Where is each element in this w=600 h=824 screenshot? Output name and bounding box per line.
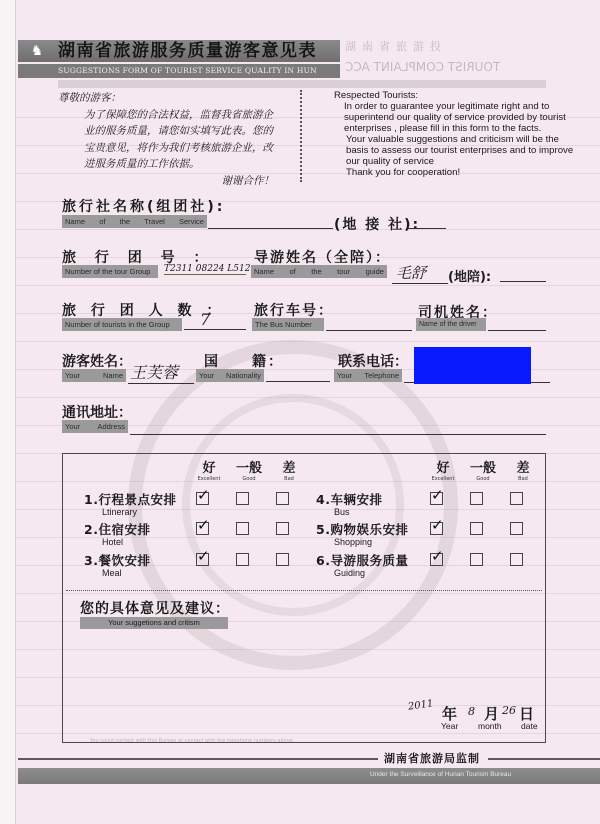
column-header-en: Bad — [269, 476, 309, 482]
tour-group-field[interactable]: T2311 08224 L512 — [164, 264, 246, 275]
intro-en-paragraph-2: Your valuable suggestions and criticism … — [334, 134, 574, 167]
guide-name-en-label: Name of the tour guide — [251, 265, 387, 278]
header-band — [58, 80, 546, 88]
rating-checkbox-good[interactable] — [236, 522, 249, 535]
issuer-english: Under the Surveillance of Hunan Tourism … — [370, 771, 511, 778]
rating-item-label: 1.行程景点安排 — [84, 490, 176, 508]
telephone-label: 联系电话： — [338, 351, 408, 371]
driver-name-field[interactable] — [488, 330, 546, 331]
rating-checkbox-good[interactable] — [470, 522, 483, 535]
rating-item-en-label: Shopping — [334, 537, 372, 547]
suggestions-en-label: Your suggetions and critism — [80, 617, 228, 629]
tourist-count-field[interactable]: 7 — [184, 310, 246, 330]
intro-cn-paragraph: 为了保障您的合法权益，监督我省旅游企业的服务质量，请您如实填写此表。您的宝贵意见… — [58, 107, 278, 173]
date-month-en: month — [478, 721, 502, 731]
rating-item-label: 4.车辆安排 — [316, 490, 382, 508]
suggestions-field[interactable] — [80, 634, 530, 698]
rating-checkbox-excellent[interactable] — [430, 492, 443, 505]
intro-cn-greeting: 尊敬的游客： — [58, 90, 278, 107]
rating-item-en-label: Bus — [334, 507, 350, 517]
rating-item-en-label: Ltinerary — [102, 507, 137, 517]
address-label: 通讯地址： — [62, 402, 132, 422]
intro-en-greeting: Respected Tourists: — [334, 90, 574, 101]
redaction-block — [414, 347, 531, 384]
travel-service-label: 旅行社名称(组团社): — [62, 196, 225, 216]
travel-service-field[interactable] — [208, 228, 333, 229]
intro-divider — [300, 90, 302, 182]
footer-rule-left — [18, 758, 378, 760]
rating-checkbox-good[interactable] — [236, 492, 249, 505]
address-field[interactable] — [130, 434, 546, 435]
local-guide-label: (地陪): — [448, 266, 491, 285]
guide-name-label: 导游姓名（全陪）： — [254, 247, 391, 267]
scan-left-edge — [0, 0, 16, 824]
rating-checkbox-bad[interactable] — [510, 553, 523, 566]
rating-checkbox-good[interactable] — [470, 553, 483, 566]
date-day-en: date — [521, 721, 538, 731]
suggestions-divider — [66, 590, 542, 591]
form-title: 湖南省旅游服务质量游客意见表 — [58, 39, 317, 63]
rating-column-header: 一般Good — [229, 462, 269, 482]
rating-item-label: 6.导游服务质量 — [316, 551, 408, 569]
bleed-through-subtitle: TOURIST COMPLAINT ACC — [345, 60, 500, 74]
intro-en-paragraph-1: In order to guarantee your legitimate ri… — [334, 101, 574, 134]
guide-name-field[interactable]: 毛舒 — [392, 262, 448, 284]
footer-bar — [18, 768, 600, 784]
intro-cn-thanks: 谢谢合作！ — [58, 173, 278, 190]
nationality-label: 国 籍： — [204, 351, 284, 371]
column-header-cn: 差 — [269, 462, 309, 476]
date-year-en: Year — [441, 721, 458, 731]
rating-item-en-label: Hotel — [102, 537, 123, 547]
rating-checkbox-bad[interactable] — [510, 522, 523, 535]
tourist-name-label: 游客姓名： — [62, 351, 132, 371]
column-header-en: Good — [463, 476, 503, 482]
bus-number-field[interactable] — [326, 330, 412, 331]
rating-column-header: 好Excellent — [423, 462, 463, 482]
rating-item-label: 5.购物娱乐安排 — [316, 520, 408, 538]
rating-checkbox-good[interactable] — [470, 492, 483, 505]
form-subtitle: SUGGESTIONS FORM OF TOURIST SERVICE QUAL… — [58, 64, 317, 78]
rating-column-header: 差Bad — [269, 462, 309, 482]
nationality-field[interactable] — [266, 381, 330, 382]
bus-number-label: 旅行车号： — [254, 300, 334, 320]
column-header-cn: 一般 — [463, 462, 503, 476]
tourist-name-en-label: Your Name — [62, 369, 126, 382]
rating-checkbox-bad[interactable] — [276, 553, 289, 566]
address-en-label: Your Address — [62, 420, 128, 433]
local-agency-label: (地 接 社): — [334, 214, 420, 234]
tourist-count-en-label: Number of tourists in the Group — [62, 318, 182, 331]
rating-checkbox-bad[interactable] — [276, 492, 289, 505]
bus-number-en-label: The Bus Number — [252, 318, 324, 331]
rating-column-header: 差Bad — [503, 462, 543, 482]
rating-item-en-label: Meal — [102, 568, 122, 578]
local-agency-field[interactable] — [406, 228, 446, 229]
intro-chinese: 尊敬的游客： 为了保障您的合法权益，监督我省旅游企业的服务质量，请您如实填写此表… — [58, 90, 278, 189]
rating-checkbox-excellent[interactable] — [430, 553, 443, 566]
intro-english: Respected Tourists: In order to guarante… — [334, 90, 574, 178]
rating-checkbox-excellent[interactable] — [430, 522, 443, 535]
horse-icon: ♞ — [22, 42, 52, 60]
nationality-en-label: Your Nationality — [196, 369, 264, 382]
rating-item-label: 3.餐饮安排 — [84, 551, 150, 569]
column-header-cn: 好 — [423, 462, 463, 476]
footer-rule-right — [488, 758, 600, 760]
bleed-through-footer: You could contact with this Bureau or co… — [90, 738, 550, 744]
telephone-en-label: Your Telephone — [334, 369, 402, 382]
column-header-cn: 好 — [189, 462, 229, 476]
rating-checkbox-excellent[interactable] — [196, 492, 209, 505]
date-day-value[interactable]: 26 — [502, 704, 516, 717]
tour-group-en-label: Number of the tour Group — [62, 265, 158, 278]
tourist-name-field[interactable]: 王芙蓉 — [128, 360, 194, 384]
rating-column-header: 一般Good — [463, 462, 503, 482]
rating-checkbox-good[interactable] — [236, 553, 249, 566]
bleed-through-title: 湖南省旅游投 — [345, 38, 447, 54]
rating-checkbox-bad[interactable] — [510, 492, 523, 505]
travel-service-en-label: Name of the Travel Service — [62, 215, 207, 228]
rating-item-en-label: Guiding — [334, 568, 365, 578]
date-month-value[interactable]: 8 — [468, 705, 475, 718]
local-guide-field[interactable] — [500, 281, 546, 282]
issuer-chinese: 湖南省旅游局监制 — [384, 750, 480, 766]
column-header-cn: 差 — [503, 462, 543, 476]
rating-checkbox-excellent[interactable] — [196, 522, 209, 535]
column-header-en: Excellent — [423, 476, 463, 482]
column-header-en: Bad — [503, 476, 543, 482]
rating-checkbox-bad[interactable] — [276, 522, 289, 535]
column-header-en: Excellent — [189, 476, 229, 482]
suggestions-label: 您的具体意见及建议： — [80, 598, 230, 618]
column-header-en: Good — [229, 476, 269, 482]
rating-checkbox-excellent[interactable] — [196, 553, 209, 566]
intro-en-thanks: Thank you for cooperation! — [334, 167, 574, 178]
column-header-cn: 一般 — [229, 462, 269, 476]
rating-column-header: 好Excellent — [189, 462, 229, 482]
rating-item-label: 2.住宿安排 — [84, 520, 150, 538]
driver-name-en-label: Name of the driver — [416, 318, 486, 331]
